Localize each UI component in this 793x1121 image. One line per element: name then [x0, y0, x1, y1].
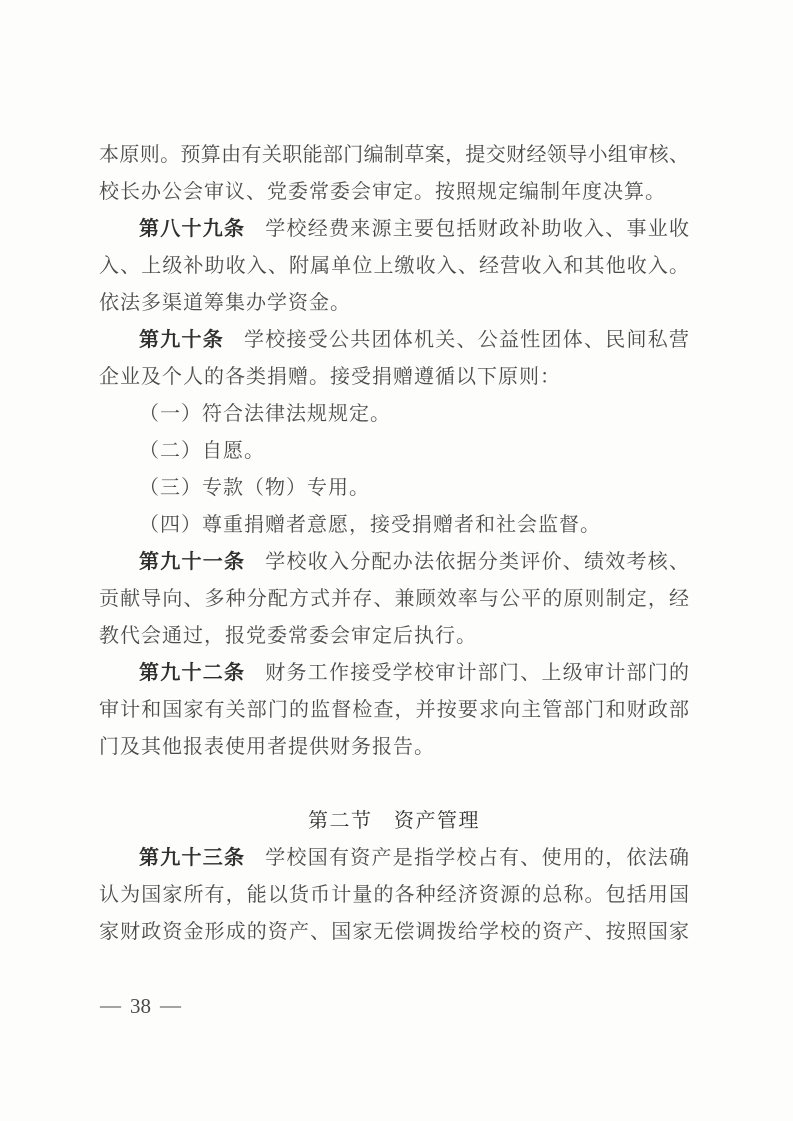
- page-number: 38: [130, 994, 151, 1019]
- line-text: （三）专款（物）专用。: [139, 477, 370, 499]
- line-text: （二）自愿。: [139, 440, 265, 462]
- line-text: 学校收入分配办法依据分类评价、绩效考核、: [265, 551, 689, 573]
- text-line: 入、上级补助收入、附属单位上缴收入、经营收入和其他收入。: [99, 248, 689, 285]
- line-text: 认为国家所有，能以货币计量的各种经济资源的总称。包括用国: [99, 884, 689, 906]
- article-number: 第九十一条: [139, 551, 245, 573]
- text-line: 认为国家所有，能以货币计量的各种经济资源的总称。包括用国: [99, 877, 689, 914]
- line-text: 学校经费来源主要包括财政补助收入、事业收: [265, 218, 689, 240]
- text-line: 教代会通过，报党委常委会审定后执行。: [99, 618, 689, 655]
- footer-dash-left: —: [100, 993, 121, 1018]
- line-text: 入、上级补助收入、附属单位上缴收入、经营收入和其他收入。: [99, 255, 689, 277]
- text-line: 家财政资金形成的资产、国家无偿调拨给学校的资产、按照国家: [99, 914, 689, 951]
- line-text: 审计和国家有关部门的监督检查，并按要求向主管部门和财政部: [99, 699, 689, 721]
- line-text: 学校国有资产是指学校占有、使用的，依法确: [265, 847, 689, 869]
- line-text: 依法多渠道筹集办学资金。: [99, 292, 351, 314]
- blank-line: [99, 766, 689, 803]
- article-number: 第九十三条: [139, 847, 245, 869]
- text-line: 校长办公会审议、党委常委会审定。按照规定编制年度决算。: [99, 174, 689, 211]
- line-text: （一）符合法律法规规定。: [139, 403, 391, 425]
- text-line: 第九十一条学校收入分配办法依据分类评价、绩效考核、: [99, 544, 689, 581]
- line-text: （四）尊重捐赠者意愿，接受捐赠者和社会监督。: [139, 514, 601, 536]
- article-number: 第九十二条: [139, 662, 245, 684]
- line-text: 财务工作接受学校审计部门、上级审计部门的: [265, 662, 689, 684]
- text-line: 企业及个人的各类捐赠。接受捐赠遵循以下原则：: [99, 359, 689, 396]
- text-line: 第八十九条学校经费来源主要包括财政补助收入、事业收: [99, 211, 689, 248]
- text-line: 第九十三条学校国有资产是指学校占有、使用的，依法确: [99, 840, 689, 877]
- text-line: 第九十二条财务工作接受学校审计部门、上级审计部门的: [99, 655, 689, 692]
- document-page: 本原则。预算由有关职能部门编制草案，提交财经领导小组审核、校长办公会审议、党委常…: [0, 0, 793, 1121]
- text-line: 贡献导向、多种分配方式并存、兼顾效率与公平的原则制定，经: [99, 581, 689, 618]
- document-body: 本原则。预算由有关职能部门编制草案，提交财经领导小组审核、校长办公会审议、党委常…: [99, 137, 689, 951]
- footer-dash-right: —: [160, 993, 181, 1018]
- line-text: 家财政资金形成的资产、国家无偿调拨给学校的资产、按照国家: [99, 921, 689, 943]
- text-line: （二）自愿。: [99, 433, 689, 470]
- line-text: 企业及个人的各类捐赠。接受捐赠遵循以下原则：: [99, 366, 561, 388]
- text-line: 第九十条学校接受公共团体机关、公益性团体、民间私营: [99, 322, 689, 359]
- text-line: （三）专款（物）专用。: [99, 470, 689, 507]
- article-number: 第九十条: [139, 329, 224, 351]
- text-line: 审计和国家有关部门的监督检查，并按要求向主管部门和财政部: [99, 692, 689, 729]
- line-text: 贡献导向、多种分配方式并存、兼顾效率与公平的原则制定，经: [99, 588, 689, 610]
- text-line: 本原则。预算由有关职能部门编制草案，提交财经领导小组审核、: [99, 137, 689, 174]
- line-text: 教代会通过，报党委常委会审定后执行。: [99, 625, 477, 647]
- line-text: 学校接受公共团体机关、公益性团体、民间私营: [244, 329, 689, 351]
- text-line: 门及其他报表使用者提供财务报告。: [99, 729, 689, 766]
- section-heading: 第二节 资产管理: [99, 803, 689, 840]
- section-heading-text: 第二节 资产管理: [308, 810, 480, 832]
- line-text: 本原则。预算由有关职能部门编制草案，提交财经领导小组审核、: [99, 144, 689, 166]
- line-text: 门及其他报表使用者提供财务报告。: [99, 736, 435, 758]
- text-line: （四）尊重捐赠者意愿，接受捐赠者和社会监督。: [99, 507, 689, 544]
- line-text: 校长办公会审议、党委常委会审定。按照规定编制年度决算。: [99, 181, 666, 203]
- page-footer: — 38 —: [100, 994, 181, 1019]
- article-number: 第八十九条: [139, 218, 245, 240]
- text-line: 依法多渠道筹集办学资金。: [99, 285, 689, 322]
- text-line: （一）符合法律法规规定。: [99, 396, 689, 433]
